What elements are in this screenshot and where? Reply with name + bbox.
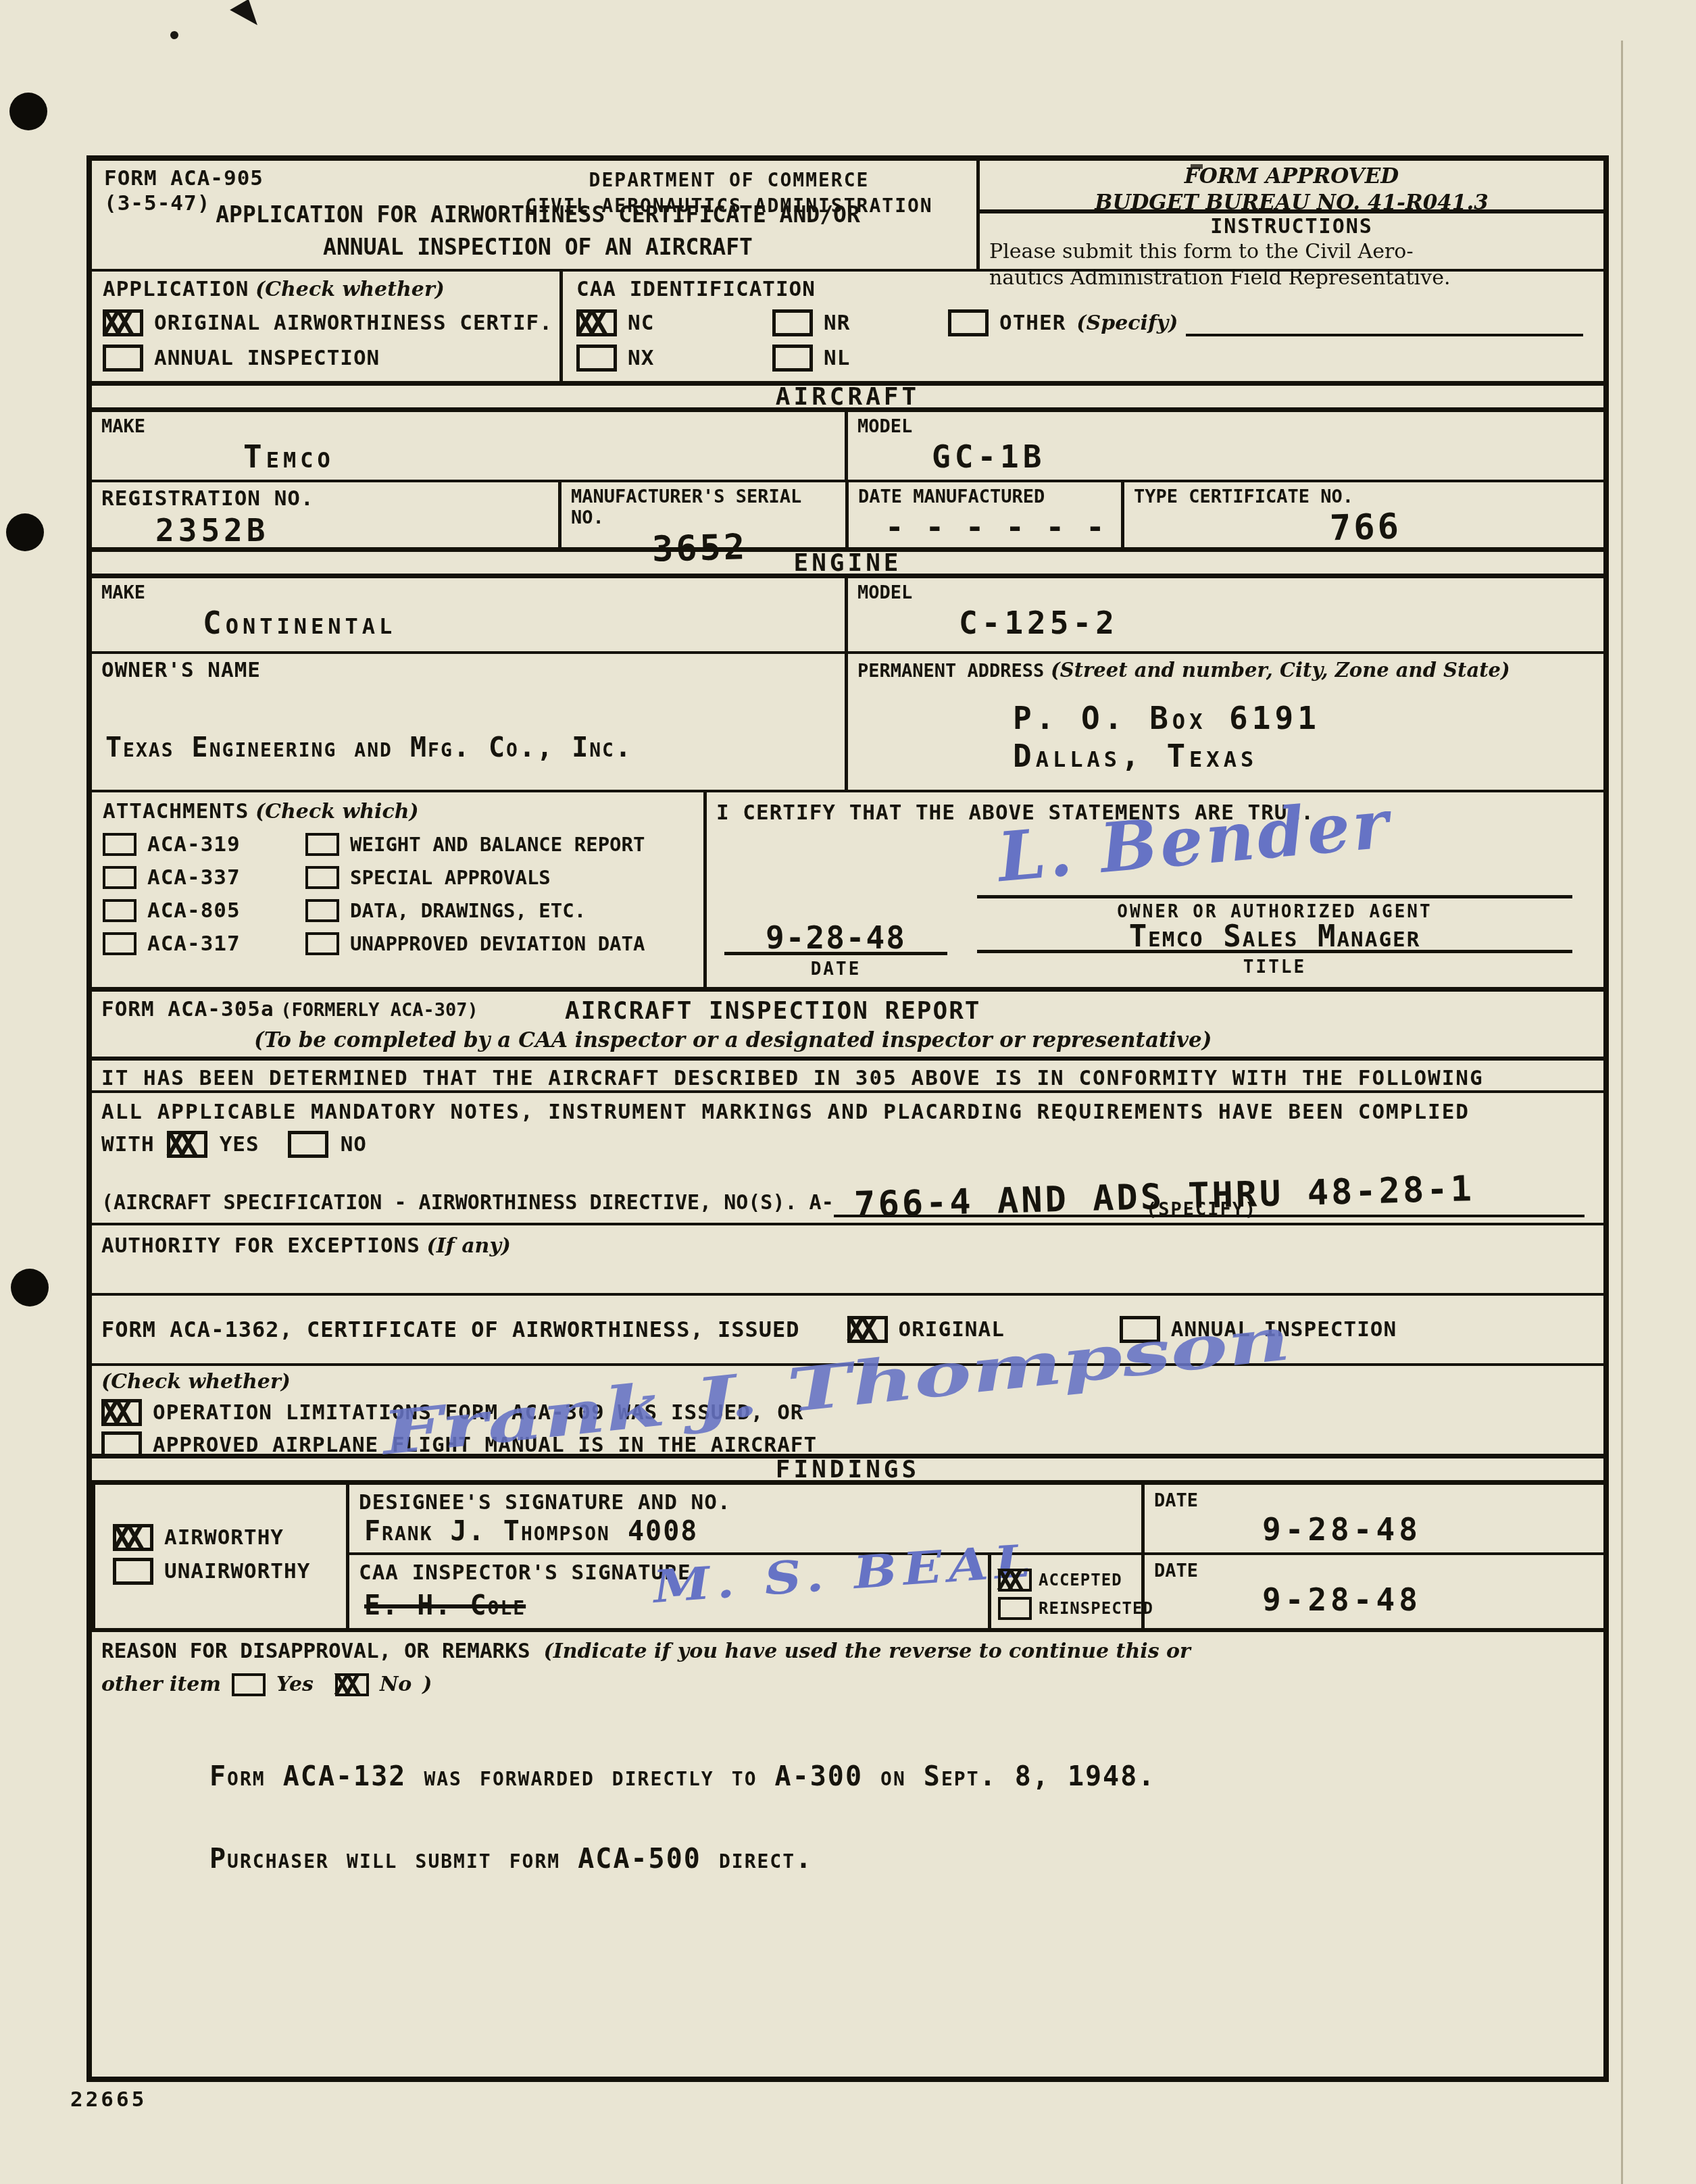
form-aca-305a-label: FORM ACA-305a (FORMERLY ACA-307) (101, 997, 478, 1021)
checkbox-original-airworthiness[interactable]: XX (103, 309, 143, 336)
compliance-options: WITH XX YES NO (92, 1124, 1603, 1158)
other-specify-line[interactable] (1186, 309, 1583, 336)
hole-punch (6, 513, 44, 551)
caa-row-2: NX NL (576, 345, 1603, 372)
checkbox-aca-337[interactable] (103, 866, 136, 889)
checkbox-issued-annual[interactable] (1120, 1316, 1160, 1343)
application-cell: APPLICATION (Check whether) XX ORIGINAL … (92, 272, 559, 381)
certification-cell: I CERTIFY THAT THE ABOVE STATEMENTS ARE … (703, 792, 1603, 987)
remarks-note-line2: other item (101, 1673, 221, 1696)
aircraft-make-value[interactable]: Temco (243, 438, 845, 475)
checkbox-annual-inspection[interactable] (103, 345, 143, 372)
determination-text: IT HAS BEEN DETERMINED THAT THE AIRCRAFT… (101, 1066, 1484, 1090)
attachment-row: ACA-805 DATA, DRAWINGS, ETC. (103, 898, 703, 923)
attachment-row: ACA-337 SPECIAL APPROVALS (103, 865, 703, 890)
registration-cell: REGISTRATION NO. 2352B (92, 482, 558, 547)
owner-signature-line[interactable] (977, 895, 1572, 898)
checkbox-aca-317[interactable] (103, 932, 136, 955)
type-certificate-value[interactable]: 766 (1329, 507, 1401, 549)
application-form: FORM ACA-905 (3-5-47) DEPARTMENT OF COMM… (86, 155, 1609, 2082)
certification-title-value[interactable]: Temco Sales Manager (977, 919, 1572, 954)
serial-label: MANUFACTURER'S SERIAL NO. (571, 486, 845, 528)
check-mark: XX (997, 1563, 1018, 1596)
engine-make-model-row: MAKE Continental MODEL C-125-2 (92, 578, 1603, 651)
authority-label: AUTHORITY FOR EXCEPTIONS (101, 1234, 420, 1258)
aca-1362-label: FORM ACA-1362, CERTIFICATE OF AIRWORTHIN… (101, 1317, 800, 1342)
registration-value[interactable]: 2352B (155, 512, 558, 549)
attachment-row: ACA-317 UNAPPROVED DEVIATION DATA (103, 932, 703, 956)
hole-punch (9, 93, 47, 130)
option-original-airworthiness: XX ORIGINAL AIRWORTHINESS CERTIF. (103, 309, 559, 336)
date-caption: DATE (724, 959, 947, 980)
document-serial-number: 22665 (70, 2087, 147, 2112)
aircraft-make-cell: MAKE Temco (92, 412, 845, 480)
address-label-line: PERMANENT ADDRESS (Street and number, Ci… (857, 658, 1603, 684)
attachments-cell: ATTACHMENTS (Check which) ACA-319 WEIGHT… (92, 792, 703, 987)
address-line2[interactable]: Dallas, Texas (1013, 738, 1603, 774)
checkbox-accepted[interactable]: XX (998, 1569, 1032, 1592)
option-nr: NR (772, 309, 948, 336)
owner-row: OWNER'S NAME Texas Engineering and Mfg. … (92, 651, 1603, 790)
engine-model-value[interactable]: C-125-2 (959, 605, 1603, 641)
model-label: MODEL (857, 416, 1603, 437)
owner-address-cell: PERMANENT ADDRESS (Street and number, Ci… (845, 654, 1603, 790)
inspection-report-header: FORM ACA-305a (FORMERLY ACA-307) AIRCRAF… (92, 987, 1603, 1057)
spec-line: (AIRCRAFT SPECIFICATION - AIRWORTHINESS … (92, 1174, 1603, 1217)
remarks-body-line2: Purchaser will submit form ACA-500 direc… (209, 1844, 1603, 1875)
aca-1362-row: FORM ACA-1362, CERTIFICATE OF AIRWORTHIN… (92, 1293, 1603, 1363)
check-mark: XX (101, 1394, 126, 1431)
checkbox-op-limitations[interactable]: XX (101, 1399, 142, 1426)
inspector-typed-name: E. H. Cole (364, 1590, 526, 1621)
remarks-note-line1: (Indicate if you have used the reverse t… (544, 1640, 1191, 1663)
date-manufactured-label: DATE MANUFACTURED (858, 486, 1121, 507)
check-mark: XX (847, 1311, 872, 1348)
engine-make-cell: MAKE Continental (92, 578, 845, 651)
spec-label: (AIRCRAFT SPECIFICATION - AIRWORTHINESS … (101, 1191, 834, 1217)
date-manufactured-cell: DATE MANUFACTURED - - - - - - (845, 482, 1121, 547)
remarks-yes-no-line: other item Yes XX No ) (101, 1673, 1603, 1696)
determination-row: IT HAS BEEN DETERMINED THAT THE AIRCRAFT… (92, 1057, 1603, 1090)
address-note: (Street and number, City, Zone and State… (1051, 659, 1510, 682)
remarks-body-line1: Form ACA-132 was forwarded directly to A… (209, 1761, 1603, 1792)
application-note: (Check whether) (255, 278, 445, 301)
check-mark: XX (334, 1668, 355, 1701)
remarks-label: REASON FOR DISAPPROVAL, OR REMARKS (101, 1639, 530, 1663)
department-line1: DEPARTMENT OF COMMERCE (462, 168, 996, 193)
application-label-line: APPLICATION (Check whether) (103, 277, 559, 301)
option-unairworthy: UNAIRWORTHY (113, 1558, 346, 1585)
aircraft-model-value[interactable]: GC-1B (932, 438, 1603, 475)
date-label: DATE (1154, 1560, 1603, 1581)
application-label: APPLICATION (103, 277, 249, 301)
findings-right: DESIGNEE'S SIGNATURE AND NO. Frank J. Th… (346, 1485, 1603, 1628)
caa-row-1: XX NC NR OTHER (Specify) (576, 309, 1603, 336)
option-airworthy: XX AIRWORTHY (113, 1524, 346, 1551)
check-mark: XX (112, 1519, 138, 1556)
checkbox-data-drawings[interactable] (305, 899, 339, 922)
check-mark: XX (102, 304, 128, 342)
registration-label: REGISTRATION NO. (101, 486, 558, 511)
attachments-certification-row: ATTACHMENTS (Check which) ACA-319 WEIGHT… (92, 790, 1603, 987)
date-label: DATE (1154, 1490, 1603, 1511)
budget-bureau-box: FORM APPROVED BUDGET BUREAU NO. 41-R041.… (980, 161, 1603, 213)
specify-caption: (SPECIFY) (1146, 1199, 1257, 1220)
check-mark: XX (576, 304, 601, 342)
option-accepted: XX ACCEPTED (998, 1569, 1141, 1592)
airworthy-cell: XX AIRWORTHY UNAIRWORTHY (92, 1485, 346, 1628)
inspector-signature-cell[interactable]: CAA INSPECTOR'S SIGNATURE E. H. Cole M. … (346, 1555, 988, 1628)
header-left: FORM ACA-905 (3-5-47) DEPARTMENT OF COMM… (92, 161, 976, 269)
form-number: FORM ACA-905 (104, 166, 264, 191)
aircraft-section-header: AIRCRAFT (92, 381, 1603, 412)
designee-label: DESIGNEE'S SIGNATURE AND NO. (349, 1485, 1141, 1515)
serial-cell: MANUFACTURER'S SERIAL NO. 3652 (558, 482, 845, 547)
aircraft-ids-row: REGISTRATION NO. 2352B MANUFACTURER'S SE… (92, 480, 1603, 547)
checkbox-airworthy[interactable]: XX (113, 1524, 153, 1551)
option-original: XX ORIGINAL (847, 1316, 1005, 1343)
header-right: FORM APPROVED BUDGET BUREAU NO. 41-R041.… (976, 161, 1603, 269)
owner-name-value[interactable]: Texas Engineering and Mfg. Co., Inc. (105, 732, 845, 763)
remarks-section: REASON FOR DISAPPROVAL, OR REMARKS (Indi… (92, 1628, 1603, 2077)
engine-model-cell: MODEL C-125-2 (845, 578, 1603, 651)
inspection-report-title: AIRCRAFT INSPECTION REPORT (565, 997, 981, 1025)
option-op-limitations: XX OPERATION LIMITATIONS FORM ACA-309 WA… (101, 1399, 1603, 1426)
address-line1[interactable]: P. O. Box 6191 (1013, 700, 1603, 736)
address-label: PERMANENT ADDRESS (857, 661, 1044, 682)
type-certificate-label: TYPE CERTIFICATE NO. (1134, 486, 1603, 507)
hole-punch (11, 1269, 49, 1306)
checkbox-weight-balance[interactable] (305, 833, 339, 856)
check-whether-row: (Check whether) XX OPERATION LIMITATIONS… (92, 1363, 1603, 1454)
checkbox-nl[interactable] (772, 345, 813, 372)
check-whether-note: (Check whether) (101, 1370, 1603, 1394)
inspection-date-cell: DATE 9-28-48 (1141, 1555, 1603, 1628)
owner-name-cell: OWNER'S NAME Texas Engineering and Mfg. … (92, 654, 845, 790)
attachments-label-line: ATTACHMENTS (Check which) (103, 799, 703, 823)
checkbox-unairworthy[interactable] (113, 1558, 153, 1585)
model-label: MODEL (857, 582, 1603, 603)
instructions-title: INSTRUCTIONS (989, 215, 1594, 238)
option-annual: ANNUAL INSPECTION (1120, 1316, 1397, 1343)
make-label: MAKE (101, 582, 845, 603)
checkbox-reinspected[interactable] (998, 1597, 1032, 1620)
caa-identification-label: CAA IDENTIFICATION (576, 277, 1603, 301)
checkbox-nc[interactable]: XX (576, 309, 617, 336)
remarks-note-close: ) (422, 1673, 432, 1696)
designee-typed-name: Frank J. Thompson 4008 (364, 1516, 698, 1547)
checkbox-issued-original[interactable]: XX (847, 1316, 888, 1343)
compliance-text: ALL APPLICABLE MANDATORY NOTES, INSTRUME… (92, 1093, 1603, 1124)
accepted-cell: XX ACCEPTED REINSPECTED (988, 1555, 1141, 1628)
authority-row: AUTHORITY FOR EXCEPTIONS (If any) (92, 1223, 1603, 1293)
form-header: FORM ACA-905 (3-5-47) DEPARTMENT OF COMM… (92, 161, 1603, 269)
checkbox-reverse-yes[interactable] (232, 1673, 266, 1696)
checkbox-other[interactable] (948, 309, 989, 336)
checkbox-reverse-no[interactable]: XX (335, 1673, 369, 1696)
application-section: APPLICATION (Check whether) XX ORIGINAL … (92, 269, 1603, 381)
findings-table: Frank J. Thompson XX AIRWORTHY UNAIRWORT… (92, 1485, 1603, 1628)
designee-date-value[interactable]: 9-28-48 (1262, 1511, 1603, 1548)
with-label: WITH (101, 1132, 155, 1157)
caa-identification-cell: CAA IDENTIFICATION XX NC NR OTHER (Speci… (559, 272, 1603, 381)
certification-title-group: Temco Sales Manager TITLE (977, 919, 1572, 977)
scanned-form-page: FORM ACA-905 (3-5-47) DEPARTMENT OF COMM… (0, 0, 1696, 2184)
engine-section-header: ENGINE (92, 547, 1603, 578)
engine-make-value[interactable]: Continental (203, 605, 845, 641)
certification-date-group: 9-28-48 DATE (724, 919, 947, 980)
authority-note: (If any) (427, 1234, 511, 1258)
checkbox-aca-319[interactable] (103, 833, 136, 856)
checkbox-unapproved-deviation[interactable] (305, 932, 339, 955)
attachment-row: ACA-319 WEIGHT AND BALANCE REPORT (103, 832, 703, 857)
inspection-report-subtitle: (To be completed by a CAA inspector or a… (254, 1028, 1212, 1052)
option-nl: NL (772, 345, 948, 372)
remarks-label-line: REASON FOR DISAPPROVAL, OR REMARKS (Indi… (101, 1639, 1603, 1663)
inspector-row: CAA INSPECTOR'S SIGNATURE E. H. Cole M. … (346, 1555, 1603, 1628)
option-other: OTHER (Specify) (948, 309, 1178, 336)
checkbox-special-approvals[interactable] (305, 866, 339, 889)
certification-date-value[interactable]: 9-28-48 (724, 919, 947, 956)
owner-name-label: OWNER'S NAME (101, 658, 845, 682)
paper-crease (1621, 41, 1623, 2184)
checkbox-nr[interactable] (772, 309, 813, 336)
date-manufactured-value[interactable]: - - - - - - (885, 509, 1121, 545)
option-nc: XX NC (576, 309, 772, 336)
other-specify-note: (Specify) (1076, 311, 1178, 335)
option-nx: NX (576, 345, 772, 372)
check-mark: XX (166, 1125, 192, 1163)
make-label: MAKE (101, 416, 845, 437)
checkbox-aca-805[interactable] (103, 899, 136, 922)
aircraft-make-model-row: MAKE Temco MODEL GC-1B (92, 412, 1603, 480)
scan-mark-arrow (230, 0, 262, 33)
designee-date-cell: DATE 9-28-48 (1141, 1485, 1603, 1552)
scan-mark-dot (170, 31, 178, 39)
attachments-label: ATTACHMENTS (103, 799, 249, 823)
inspection-date-value[interactable]: 9-28-48 (1262, 1581, 1603, 1618)
option-reinspected: REINSPECTED (998, 1597, 1141, 1620)
findings-section-header: FINDINGS (92, 1454, 1603, 1485)
compliance-row: ALL APPLICABLE MANDATORY NOTES, INSTRUME… (92, 1090, 1603, 1223)
checkbox-yes[interactable]: XX (167, 1131, 207, 1158)
attachments-note: (Check which) (255, 800, 419, 823)
checkbox-nx[interactable] (576, 345, 617, 372)
page-title: APPLICATION FOR AIRWORTHINESS CERTIFICAT… (159, 199, 916, 263)
type-certificate-cell: TYPE CERTIFICATE NO. 766 (1121, 482, 1603, 547)
option-annual-inspection: ANNUAL INSPECTION (103, 345, 559, 372)
title-caption: TITLE (977, 957, 1572, 977)
checkbox-no[interactable] (288, 1131, 328, 1158)
aircraft-model-cell: MODEL GC-1B (845, 412, 1603, 480)
